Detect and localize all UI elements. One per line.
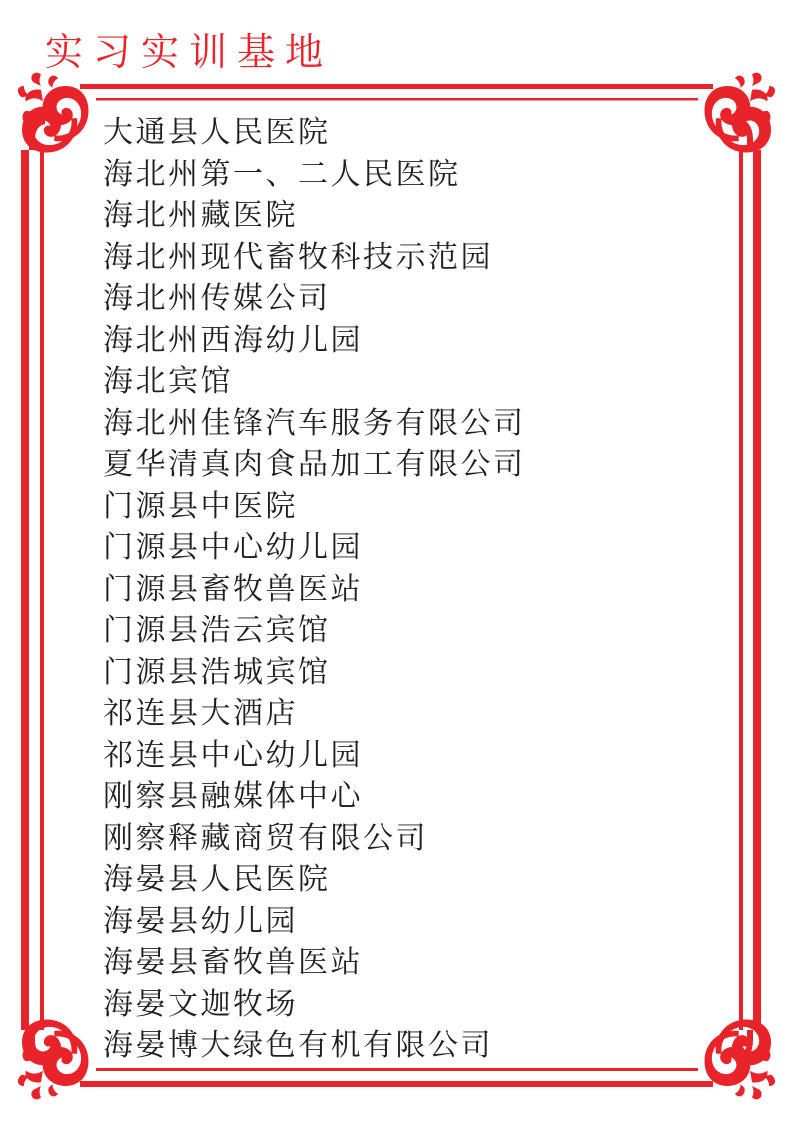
list-item: 海北州现代畜牧科技示范园 — [103, 237, 526, 279]
bottom-inner-line — [96, 1068, 698, 1071]
list-item: 祁连县大酒店 — [103, 693, 526, 735]
list-item: 门源县畜牧兽医站 — [103, 569, 526, 611]
list-item: 海北州传媒公司 — [103, 278, 526, 320]
top-inner-line — [96, 98, 698, 101]
corner-ornament-top-right-icon — [705, 73, 776, 153]
corner-ornament-bottom-right-icon — [705, 1020, 776, 1100]
list-item: 门源县浩云宾馆 — [103, 610, 526, 652]
list-item: 门源县中医院 — [103, 486, 526, 528]
right-outer-line — [753, 150, 761, 1030]
list-item: 海晏县人民医院 — [103, 859, 526, 901]
left-inner-line — [40, 150, 44, 1030]
list-item: 海北州藏医院 — [103, 195, 526, 237]
list-item: 海晏县畜牧兽医站 — [103, 942, 526, 984]
list-item: 门源县中心幼儿园 — [103, 527, 526, 569]
training-base-list: 大通县人民医院 海北州第一、二人民医院 海北州藏医院 海北州现代畜牧科技示范园 … — [103, 112, 526, 1067]
list-item: 刚察县融媒体中心 — [103, 776, 526, 818]
list-item: 祁连县中心幼儿园 — [103, 735, 526, 777]
list-item: 门源县浩城宾馆 — [103, 652, 526, 694]
list-item: 海北州西海幼儿园 — [103, 320, 526, 362]
page-title: 实习实训基地 — [45, 30, 333, 74]
list-item: 大通县人民医院 — [103, 112, 526, 154]
list-item: 夏华清真肉食品加工有限公司 — [103, 444, 526, 486]
corner-ornament-top-left-icon — [18, 73, 89, 153]
corner-ornament-bottom-left-icon — [18, 1020, 89, 1100]
right-inner-line — [739, 150, 743, 1030]
list-item: 海北宾馆 — [103, 361, 526, 403]
list-item: 海北州第一、二人民医院 — [103, 154, 526, 196]
list-item: 海晏博大绿色有机有限公司 — [103, 1025, 526, 1067]
list-item: 海北州佳锋汽车服务有限公司 — [103, 403, 526, 445]
top-outer-line — [80, 84, 713, 89]
list-item: 海晏文迦牧场 — [103, 984, 526, 1026]
left-outer-line — [21, 150, 29, 1030]
list-item: 海晏县幼儿园 — [103, 901, 526, 943]
list-item: 刚察释藏商贸有限公司 — [103, 818, 526, 860]
bottom-outer-line — [80, 1081, 713, 1087]
